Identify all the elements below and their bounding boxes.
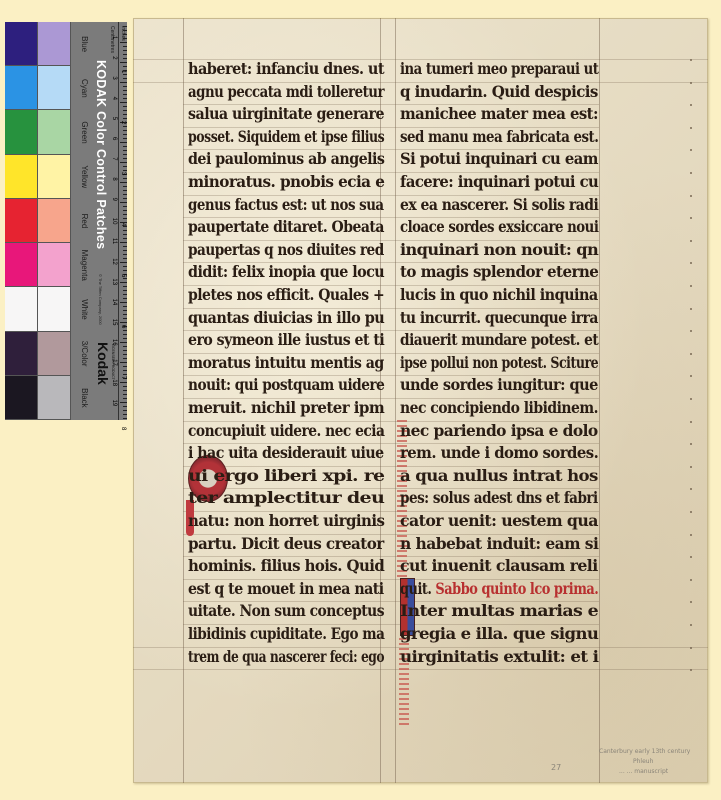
- color-patch-magenta-dark: [5, 243, 38, 287]
- color-label: Black: [75, 376, 89, 420]
- cm-tick-label: 8: [111, 177, 117, 180]
- cm-tick-label: 3: [111, 76, 117, 79]
- catalog-note-line-3: ... ... manuscript: [619, 768, 668, 775]
- ruler-tick: [120, 402, 127, 403]
- text-line: pletes nos efficit. Quales +: [188, 286, 384, 308]
- color-patch-white-light: [38, 287, 71, 331]
- cm-tick-label: 10: [111, 218, 117, 225]
- ruler-tick: [123, 158, 127, 159]
- ruler-tick: [123, 118, 127, 119]
- cm-tick-label: 16: [111, 339, 117, 346]
- ruler-strip: Inches Centimetres KODAK Color Control P…: [71, 22, 127, 420]
- ruler-tick: [120, 182, 127, 183]
- text-line: tu incurrit. quecunque irra: [400, 309, 598, 331]
- inch-tick-label: 6: [120, 325, 126, 328]
- color-patch-yellow-dark: [5, 155, 38, 199]
- text-line: unde sordes iungitur: que: [400, 376, 598, 398]
- pricking-hole: [690, 308, 692, 310]
- color-patch-cyan-dark: [5, 66, 38, 110]
- kodak-logo: Kodak: [95, 342, 111, 385]
- text-line: uitate. Non sum conceptus: [188, 602, 384, 624]
- ruler-tick: [123, 198, 127, 199]
- text-line: natu: non horret uirginis: [188, 512, 384, 534]
- pricking-hole: [690, 353, 692, 355]
- pricking-hole: [690, 285, 692, 287]
- ruler-tick: [123, 238, 127, 239]
- text-line: ui ergo liberi xpi. re: [188, 467, 384, 489]
- ruler-tick: [123, 50, 127, 51]
- text-line: nec pariendo ipsa e dolo: [400, 422, 598, 444]
- color-label: Magenta: [75, 243, 89, 287]
- ruler-tick: [123, 130, 127, 131]
- text-line: cut inuenit clausam reli: [400, 557, 598, 579]
- cm-tick-label: 17: [111, 359, 117, 366]
- ruler-tick: [123, 66, 127, 67]
- cm-tick-label: 4: [111, 97, 117, 100]
- ruler-tick: [123, 250, 127, 251]
- text-line: cloace sordes exsiccare noui: [400, 218, 598, 240]
- ruler-tick: [123, 154, 127, 155]
- ruler-tick: [123, 334, 127, 335]
- catalog-note-line-2: Phleuh: [633, 758, 653, 765]
- ruler-tick: [123, 26, 127, 27]
- pricking-hole: [690, 647, 692, 649]
- ruler-tick: [123, 246, 127, 247]
- ruler-tick: [123, 350, 127, 351]
- ruler-tick: [120, 382, 127, 383]
- ruler-tick: [123, 190, 127, 191]
- ruler-tick: [123, 370, 127, 371]
- color-patch-black-light: [38, 376, 71, 420]
- pricking-hole: [690, 149, 692, 151]
- catalog-note-line-1: Canterbury early 13th century: [599, 748, 690, 755]
- ruler-tick: [123, 46, 127, 47]
- ruler-tick: [123, 338, 127, 339]
- text-line: gregia e illa. que signu: [400, 625, 598, 647]
- color-patch-blue-dark: [5, 22, 38, 66]
- inch-tick-label: 3: [120, 172, 126, 175]
- ruler-tick: [123, 278, 127, 279]
- ruler-tick: [123, 306, 127, 307]
- text-line: a qua nullus intrat hos: [400, 467, 598, 489]
- ruler-strip-rotated: Inches Centimetres KODAK Color Control P…: [71, 22, 127, 420]
- ruler-tick: [123, 186, 127, 187]
- ruler-tick: [120, 162, 127, 163]
- ruler-tick: [120, 262, 127, 263]
- text-line: haberet: infanciu dnes. ut: [188, 60, 384, 82]
- pricking-hole: [690, 466, 692, 468]
- cm-tick-label: 19: [111, 400, 117, 407]
- ruler-tick: [123, 58, 127, 59]
- text-line: ina tumeri meo preparaui ut: [400, 60, 598, 82]
- color-patch-cyan-light: [38, 66, 71, 110]
- text-line: lucis in quo nichil inquina: [400, 286, 598, 308]
- text-line: moratus intuitu mentis ag: [188, 354, 384, 376]
- inch-tick-label: 5: [120, 274, 126, 277]
- text-line: genus factus est: ut nos sua: [188, 196, 384, 218]
- color-label: Cyan: [75, 66, 89, 110]
- text-line: rem. unde i domo sordes.: [400, 444, 598, 466]
- text-line: posset. Siquidem et ipse filius: [188, 128, 384, 150]
- ruler-tick: [123, 106, 127, 107]
- cm-tick-label: 1: [111, 36, 117, 39]
- ruler-tick: [123, 30, 127, 31]
- pricking-hole: [690, 579, 692, 581]
- color-patch-magenta-light: [38, 243, 71, 287]
- text-line: sed manu mea fabricata est.: [400, 128, 598, 150]
- color-patch-red-light: [38, 199, 71, 243]
- folio-number: 27: [551, 763, 561, 772]
- ruler-tick: [123, 206, 127, 207]
- text-line: paupertate ditaret. Obeata: [188, 218, 384, 240]
- ruler-tick: [123, 358, 127, 359]
- text-line: dei paulominus ab angelis: [188, 150, 384, 172]
- cm-tick-label: 2: [111, 56, 117, 59]
- ruler-tick: [123, 214, 127, 215]
- ruler-tick: [123, 346, 127, 347]
- ruler-tick: [123, 258, 127, 259]
- ruler-tick: [123, 414, 127, 415]
- ruler-tick: [123, 38, 127, 39]
- pricking-hole: [690, 195, 692, 197]
- pricking-hole: [690, 443, 692, 445]
- text-line: libidinis cupiditate. Ego ma: [188, 625, 384, 647]
- text-line: paupertas q nos diuites red: [188, 241, 384, 263]
- color-patch-green-dark: [5, 110, 38, 154]
- text-line: ero symeon ille iustus et ti: [188, 331, 384, 353]
- inch-tick-label: 2: [120, 121, 126, 124]
- pricking-hole: [690, 330, 692, 332]
- color-patch-yellow-light: [38, 155, 71, 199]
- ruler-tick: [123, 146, 127, 147]
- ruler-tick: [123, 86, 127, 87]
- text-line: Si potui inquinari cu eam: [400, 150, 598, 172]
- text-line: inquinari non nouit: qn: [400, 241, 598, 263]
- copyright-text: © The Tiffen Company, 2000: [98, 274, 103, 325]
- text-line: quit. Sabbo quinto lco prima.: [400, 580, 598, 602]
- ruler-tick: [123, 418, 127, 419]
- color-patches: [5, 22, 71, 420]
- text-line: hominis. filius hois. Quid: [188, 557, 384, 579]
- text-line: pes: solus adest dns et fabri: [400, 489, 598, 511]
- text-line: to magis splendor eterne: [400, 263, 598, 285]
- cm-tick-label: 14: [111, 299, 117, 306]
- cm-tick-label: 5: [111, 117, 117, 120]
- color-patch-white-dark: [5, 287, 38, 331]
- ruler-tick: [123, 234, 127, 235]
- color-label: 3/Color: [75, 332, 89, 376]
- ruler-tick: [123, 410, 127, 411]
- text-line: meruit. nichil preter ipm: [188, 399, 384, 421]
- ruler-tick: [123, 318, 127, 319]
- ruler-tick: [120, 142, 127, 143]
- text-line: uirginitatis extulit: et i: [400, 648, 598, 670]
- color-patch-green-light: [38, 110, 71, 154]
- inch-tick-label: 7: [120, 376, 126, 379]
- ruler-tick: [123, 134, 127, 135]
- pricking-hole: [690, 82, 692, 84]
- ruler-tick: [120, 362, 127, 363]
- ruler-tick: [123, 218, 127, 219]
- text-line: nec concipiendo libidinem.: [400, 399, 598, 421]
- ruler-tick: [123, 294, 127, 295]
- text-line: Inter multas marias e: [400, 602, 598, 624]
- text-line: est q te mouet in mea nati: [188, 580, 384, 602]
- pricking-hole: [690, 534, 692, 536]
- ruler-tick: [123, 310, 127, 311]
- ruler-tick: [123, 286, 127, 287]
- color-patch-blue-light: [38, 22, 71, 66]
- text-line: nouit: qui postquam uidere: [188, 376, 384, 398]
- pricking-hole: [690, 421, 692, 423]
- inch-tick-label: 1: [120, 70, 126, 73]
- cm-tick-label: 7: [111, 157, 117, 160]
- text-line: concupiuit uidere. nec ecia: [188, 422, 384, 444]
- inch-tick-label: 8: [120, 427, 126, 430]
- cm-tick-label: 18: [111, 379, 117, 386]
- ruler-tick: [123, 398, 127, 399]
- inch-tick-label: 4: [120, 223, 126, 226]
- ruler-tick: [123, 390, 127, 391]
- color-patch-red-dark: [5, 199, 38, 243]
- ruler-tick: [123, 170, 127, 171]
- text-line: cator uenit: uestem qua: [400, 512, 598, 534]
- ruler-tick: [123, 254, 127, 255]
- ruler-tick: [123, 374, 127, 375]
- ruler-tick: [123, 406, 127, 407]
- ruler-tick: [123, 110, 127, 111]
- text-line: diauerit mundare potest. et: [400, 331, 598, 353]
- ruler-tick: [120, 62, 127, 63]
- ruler-tick: [123, 94, 127, 95]
- ruler-tick: [120, 302, 127, 303]
- ruler-tick: [120, 322, 127, 323]
- color-patch-black-dark: [5, 376, 38, 420]
- color-label: Blue: [75, 22, 89, 66]
- ruler-tick: [120, 102, 127, 103]
- text-line: i hac uita desiderauit uiue: [188, 444, 384, 466]
- pricking-hole: [690, 398, 692, 400]
- ruler-tick: [120, 202, 127, 203]
- ruler-tick: [123, 394, 127, 395]
- ruler-tick: [123, 266, 127, 267]
- ruler-tick: [120, 42, 127, 43]
- ruler-tick: [123, 290, 127, 291]
- text-line: ex ea nascerer. Si solis radi: [400, 196, 598, 218]
- cm-tick-label: 9: [111, 198, 117, 201]
- ruler-tick: [123, 166, 127, 167]
- ruler-tick: [123, 114, 127, 115]
- pricking-hole: [690, 488, 692, 490]
- ruler-tick: [123, 126, 127, 127]
- cm-tick-label: 15: [111, 319, 117, 326]
- text-line: n habebat induit: eam si: [400, 535, 598, 557]
- pricking-hole: [690, 511, 692, 513]
- text-line: agnu peccata mdi tolleretur: [188, 83, 384, 105]
- ruler-tick: [123, 78, 127, 79]
- ruler-tick: [123, 90, 127, 91]
- kodak-color-card: Inches Centimetres KODAK Color Control P…: [5, 22, 127, 420]
- ruler-tick: [120, 242, 127, 243]
- text-line: q inudarin. Quid despicis: [400, 83, 598, 105]
- pricking-hole: [690, 104, 692, 106]
- ruler-tick: [120, 342, 127, 343]
- pricking-hole: [690, 240, 692, 242]
- ruler-tick: [123, 150, 127, 151]
- pricking-hole: [690, 217, 692, 219]
- ruler-tick: [123, 298, 127, 299]
- color-label: Red: [75, 199, 89, 243]
- pricking-hole: [690, 262, 692, 264]
- ruler-tick: [123, 138, 127, 139]
- ruler-tick: [123, 366, 127, 367]
- card-title: KODAK Color Control Patches: [94, 60, 108, 249]
- color-label: White: [75, 287, 89, 331]
- text-line: minoratus. pnobis ecia e: [188, 173, 384, 195]
- cm-tick-label: 13: [111, 278, 117, 285]
- pricking-hole: [690, 172, 692, 174]
- rubric-heading: Sabbo quinto lco prima.: [431, 579, 598, 598]
- text-line: ter amplectitur deu: [188, 489, 384, 511]
- pricking-hole: [690, 127, 692, 129]
- pricking-hole: [690, 601, 692, 603]
- ruler-tick: [123, 230, 127, 231]
- text-line: trem de qua nascerer feci: ego: [188, 648, 384, 670]
- text-line: didit: felix inopia que locu: [188, 263, 384, 285]
- ruler-tick: [120, 82, 127, 83]
- pricking-hole: [690, 624, 692, 626]
- ruler-tick: [123, 354, 127, 355]
- cm-tick-label: 12: [111, 258, 117, 265]
- ruler-tick: [123, 34, 127, 35]
- text-line: manichee mater mea est:: [400, 105, 598, 127]
- pricking-hole: [690, 59, 692, 61]
- ruler-tick: [123, 386, 127, 387]
- ruler-tick: [123, 194, 127, 195]
- ruler-tick: [123, 314, 127, 315]
- text-line: quantas diuicias in illo pu: [188, 309, 384, 331]
- ruler-tick: [123, 330, 127, 331]
- color-labels: BlueCyanGreenYellowRedMagentaWhite3/Colo…: [75, 22, 89, 420]
- color-label: Yellow: [75, 155, 89, 199]
- cm-tick-label: 11: [111, 238, 117, 244]
- ruler-tick: [123, 98, 127, 99]
- pricking-hole: [690, 669, 692, 671]
- pricking-hole: [690, 556, 692, 558]
- centimetres-label: Centimetres: [109, 26, 115, 53]
- pricking-hole: [690, 375, 692, 377]
- text-line: facere: inquinari potui cu: [400, 173, 598, 195]
- ruler-tick: [123, 210, 127, 211]
- ruler-tick: [120, 282, 127, 283]
- text-line: partu. Dicit deus creator: [188, 535, 384, 557]
- ruler-tick: [123, 74, 127, 75]
- color-patch-3-color-light: [38, 332, 71, 376]
- color-label: Green: [75, 110, 89, 154]
- color-patch-3-color-dark: [5, 332, 38, 376]
- ruler-tick: [123, 178, 127, 179]
- text-line: salua uirginitate generare: [188, 105, 384, 127]
- text-line: ipse pollui non potest. Sciture: [400, 354, 598, 376]
- ruler-tick: [123, 54, 127, 55]
- cm-tick-label: 6: [111, 137, 117, 140]
- ruler-tick: [123, 270, 127, 271]
